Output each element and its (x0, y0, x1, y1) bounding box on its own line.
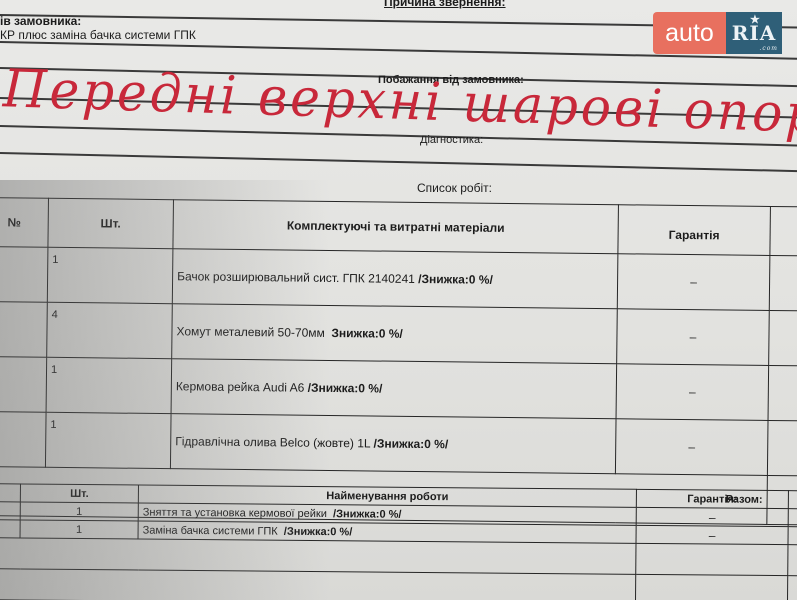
blank-cell (635, 574, 787, 600)
row-number (0, 411, 46, 467)
row-number (0, 520, 20, 538)
materials-table: № Шт. Комплектуючі та витратні матеріали… (0, 197, 797, 525)
header-number: № (0, 198, 48, 248)
row-qty: 1 (45, 412, 171, 468)
watermark-auto: auto (653, 12, 726, 54)
works-table: Шт. Найменування роботи Гарантія: 1 Знят… (0, 483, 797, 600)
row-warranty: – (615, 419, 768, 476)
work-name: Заміна бачка системи ГПК (143, 524, 278, 537)
row-number (0, 356, 47, 412)
header-number (0, 484, 20, 502)
item-name: Хомут металевий 50-70мм (176, 324, 324, 340)
row-extra (769, 310, 797, 366)
row-extra (767, 420, 797, 476)
work-discount: /Знижка:0 %/ (284, 525, 353, 538)
row-warranty: – (616, 364, 769, 421)
work-discount: /Знижка:0 %/ (333, 508, 402, 521)
star-icon: ★ (750, 13, 761, 26)
row-extra (769, 255, 797, 311)
blank-cell (0, 569, 636, 600)
table-row: 1 Кермова рейка Audi A6 /Знижка:0 %/ – (0, 356, 797, 420)
table-row: 1 Бачок розширювальний сист. ГПК 2140241… (0, 247, 797, 311)
table-row: 4 Хомут металевий 50-70мм Знижка:0 %/ – (0, 301, 797, 365)
item-name: Бачок розширювальний сист. ГПК 2140241 (177, 269, 415, 286)
row-qty: 4 (47, 302, 173, 358)
row-extra (788, 527, 797, 545)
header-extra (788, 491, 797, 509)
item-name: Кермова рейка Audi A6 (176, 379, 305, 394)
item-discount: /Знижка:0 %/ (308, 381, 383, 396)
row-qty: 1 (47, 247, 173, 303)
reason-label: Причина звернення: (384, 0, 506, 9)
blank-cell (788, 545, 797, 576)
item-discount: /Знижка:0 %/ (373, 436, 448, 451)
blank-cell (636, 543, 788, 575)
item-discount: Знижка:0 %/ (331, 326, 402, 341)
watermark-ria: ★ RIA .com (726, 12, 782, 54)
row-number (0, 502, 20, 520)
header-warranty: Гарантія (618, 205, 771, 256)
row-qty: 1 (20, 520, 138, 539)
row-number (0, 247, 48, 303)
row-item: Бачок розширювальний сист. ГПК 2140241 /… (172, 249, 618, 309)
row-warranty: – (617, 309, 770, 366)
header-extra (770, 206, 797, 256)
row-warranty: – (636, 525, 788, 544)
form-line (0, 152, 797, 172)
row-extra (768, 365, 797, 421)
diagnostics-label: Діагностика: (420, 134, 483, 146)
work-list-label: Список робіт: (417, 181, 492, 195)
row-qty: 1 (46, 357, 172, 413)
handwritten-note: Передні верхні шарові опори - стук (2, 58, 797, 144)
row-extra (788, 509, 797, 527)
row-item: Кермова рейка Audi A6 /Знижка:0 %/ (171, 359, 617, 419)
row-warranty: – (617, 254, 770, 311)
header-warranty: Гарантія: (636, 489, 788, 508)
row-item: Гідравлічна олива Belco (жовте) 1L /Зниж… (170, 414, 616, 474)
work-name: Зняття та установка кермової рейки (143, 506, 327, 520)
customer-words-label: ів замовника: (0, 14, 81, 28)
item-name: Гідравлічна олива Belco (жовте) 1L (175, 434, 370, 450)
customer-words-value: КР плюс заміна бачка системи ГПК (0, 28, 196, 42)
row-item: Хомут металевий 50-70мм Знижка:0 %/ (172, 304, 618, 364)
table-row: 1 Гідравлічна олива Belco (жовте) 1L /Зн… (0, 411, 797, 475)
item-discount: /Знижка:0 %/ (418, 272, 493, 287)
header-materials: Комплектуючі та витратні матеріали (173, 200, 619, 254)
header-qty: Шт. (20, 484, 138, 503)
row-warranty: – (636, 507, 788, 526)
autoria-watermark: auto ★ RIA .com (653, 12, 782, 54)
row-qty: 1 (20, 502, 138, 521)
watermark-com: .com (759, 45, 778, 52)
blank-cell (787, 576, 797, 600)
row-number (0, 301, 47, 357)
header-qty: Шт. (48, 198, 174, 248)
